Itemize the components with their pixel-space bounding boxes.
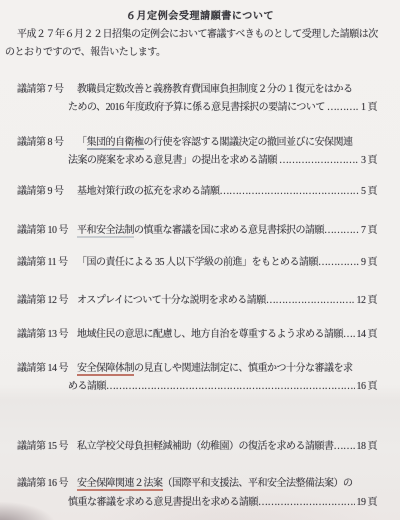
petition-item-10: 議請第 10 号 平和安全法制の慎重な審議を国に求める意見書採択の請願 …………… [17,225,377,237]
petition-item-7: 議請第 7 号 教職員定数改善と義務教育費国庫負担制度２分の１復元をはかる [17,84,377,96]
petition-text: 法案の廃案を求める意見書」の提出を求める請願 [68,155,279,167]
petition-item-11: 議請第 11 号 「国の責任による 35 人以下学級の前進」をもとめる請願 ……… [17,257,377,269]
petition-text: める請願 [68,381,106,393]
dot-leader: ………………………………………………………………………………………… [324,225,359,237]
petition-number: 議請第 12 号 [17,295,77,307]
dot-leader: ………………………………………………………………………………………… [258,497,355,509]
underlined-phrase: 安全保障体制 [77,363,134,376]
petition-text: 安全保障体制の見直しや関連法制定に、慎重かつ十分な審議を求 [77,363,353,375]
petition-text: 教職員定数改善と義務教育費国庫負担制度２分の１復元をはかる [77,84,353,96]
petition-text: ための、2016 年度政府予算に係る意見書採択の要請について [68,102,327,114]
petition-text: 基地対策行政の拡充を求める請願 [77,186,220,198]
text-segment: 「 [77,137,87,148]
page-reference: 19 頁 [355,497,378,509]
page-reference: 14 頁 [355,329,378,341]
petition-number: 議請第 16 号 [17,478,77,490]
page-reference: 18 頁 [355,441,378,453]
text-segment: の行使を容認する閣議決定の撤回並びに安保関連 [144,137,353,148]
petition-number: 議請第 13 号 [17,329,77,341]
petition-item-9: 議請第 9 号 基地対策行政の拡充を求める請願 …………………………………………… [17,186,377,198]
petition-number: 議請第 10 号 [17,225,77,237]
petition-item-12: 議請第 12 号 オスプレイについて十分な説明を求める請願 …………………………… [17,295,377,307]
petition-item-8: 議請第 8 号 「集団的自衛権の行使を容認する閣議決定の撤回並びに安保関連 [17,137,377,149]
page-reference: 12 頁 [355,295,378,307]
intro-paragraph-line1: 平成２７年６月２２日招集の定例会において審議すべきものとして受理した請願は次 [17,29,378,41]
petition-item-16: 議請第 16 号 安全保障関連２法案（国際平和支援法、平和安全法整備法案）の [17,478,377,490]
petition-number: 議請第 8 号 [17,137,77,149]
text-segment: の慎重な審議を国に求める意見書採択の請願 [134,225,324,236]
dot-leader: ………………………………………………………………………………………… [327,102,359,114]
dot-leader: ………………………………………………………………………………………… [334,441,355,453]
petition-text: 「国の責任による 35 人以下学級の前進」をもとめる請願 [77,257,318,269]
petition-number: 議請第 7 号 [17,84,77,96]
underlined-phrase: 集団的自衛権 [87,137,144,150]
petition-text: 地域住民の意思に配慮し、地方自治を尊重するよう求める請願 [77,329,343,341]
page-reference: 3 頁 [359,155,377,167]
petition-item-14: 議請第 14 号 安全保障体制の見直しや関連法制定に、慎重かつ十分な審議を求 [17,363,377,375]
page-reference: 7 頁 [359,225,377,237]
petition-item-8-cont: 法案の廃案を求める意見書」の提出を求める請願 ……………………………………………… [68,155,377,167]
petition-item-16-cont: 慎重な審議を求める意見書提出を求める請願 …………………………………………………… [68,497,377,509]
text-segment: の見直しや関連法制定に、慎重かつ十分な審議を求 [134,363,353,374]
underlined-phrase: 安全保障関連２法案 [77,478,163,491]
petition-number: 議請第 15 号 [17,441,77,453]
petition-text: 安全保障関連２法案（国際平和支援法、平和安全法整備法案）の [77,478,353,490]
dot-leader: ………………………………………………………………………………………… [220,186,360,198]
intro-paragraph-line2: のとおりですので、報告いたします。 [5,47,166,59]
petition-text: オスプレイについて十分な説明を求める請願 [77,295,266,307]
petition-item-7-cont: ための、2016 年度政府予算に係る意見書採択の要請について ………………………… [68,102,377,114]
petition-number: 議請第 11 号 [17,257,77,269]
petition-number: 議請第 14 号 [17,363,77,375]
petition-number: 議請第 9 号 [17,186,77,198]
scanned-document-page: ６月定例会受理請願書について 平成２７年６月２２日招集の定例会において審議すべき… [0,0,400,520]
petition-item-13: 議請第 13 号 地域住民の意思に配慮し、地方自治を尊重するよう求める請願 ……… [17,329,377,341]
document-title: ６月定例会受理請願書について [0,11,400,23]
page-reference: 5 頁 [359,186,377,198]
petition-text: 私立学校父母負担軽減補助（幼稚園）の復活を求める請願書 [77,441,334,453]
petition-text: 「集団的自衛権の行使を容認する閣議決定の撤回並びに安保関連 [77,137,353,149]
petition-item-15: 議請第 15 号 私立学校父母負担軽減補助（幼稚園）の復活を求める請願書 ………… [17,441,377,453]
page-reference: 1 頁 [359,102,377,114]
petition-item-14-cont: める請願 ………………………………………………………………………………………… … [68,381,377,393]
page-reference: 9 頁 [359,257,377,269]
text-segment: （国際平和支援法、平和安全法整備法案）の [163,478,353,489]
dot-leader: ………………………………………………………………………………………… [106,381,355,393]
dot-leader: ………………………………………………………………………………………… [279,155,359,167]
page-reference: 16 頁 [355,381,378,393]
dot-leader: ………………………………………………………………………………………… [343,329,355,341]
dot-leader: ………………………………………………………………………………………… [318,257,359,269]
underlined-phrase: 平和安全法制 [77,225,134,238]
dot-leader: ………………………………………………………………………………………… [266,295,355,307]
petition-text: 平和安全法制の慎重な審議を国に求める意見書採択の請願 [77,225,324,237]
petition-text: 慎重な審議を求める意見書提出を求める請願 [68,497,258,509]
